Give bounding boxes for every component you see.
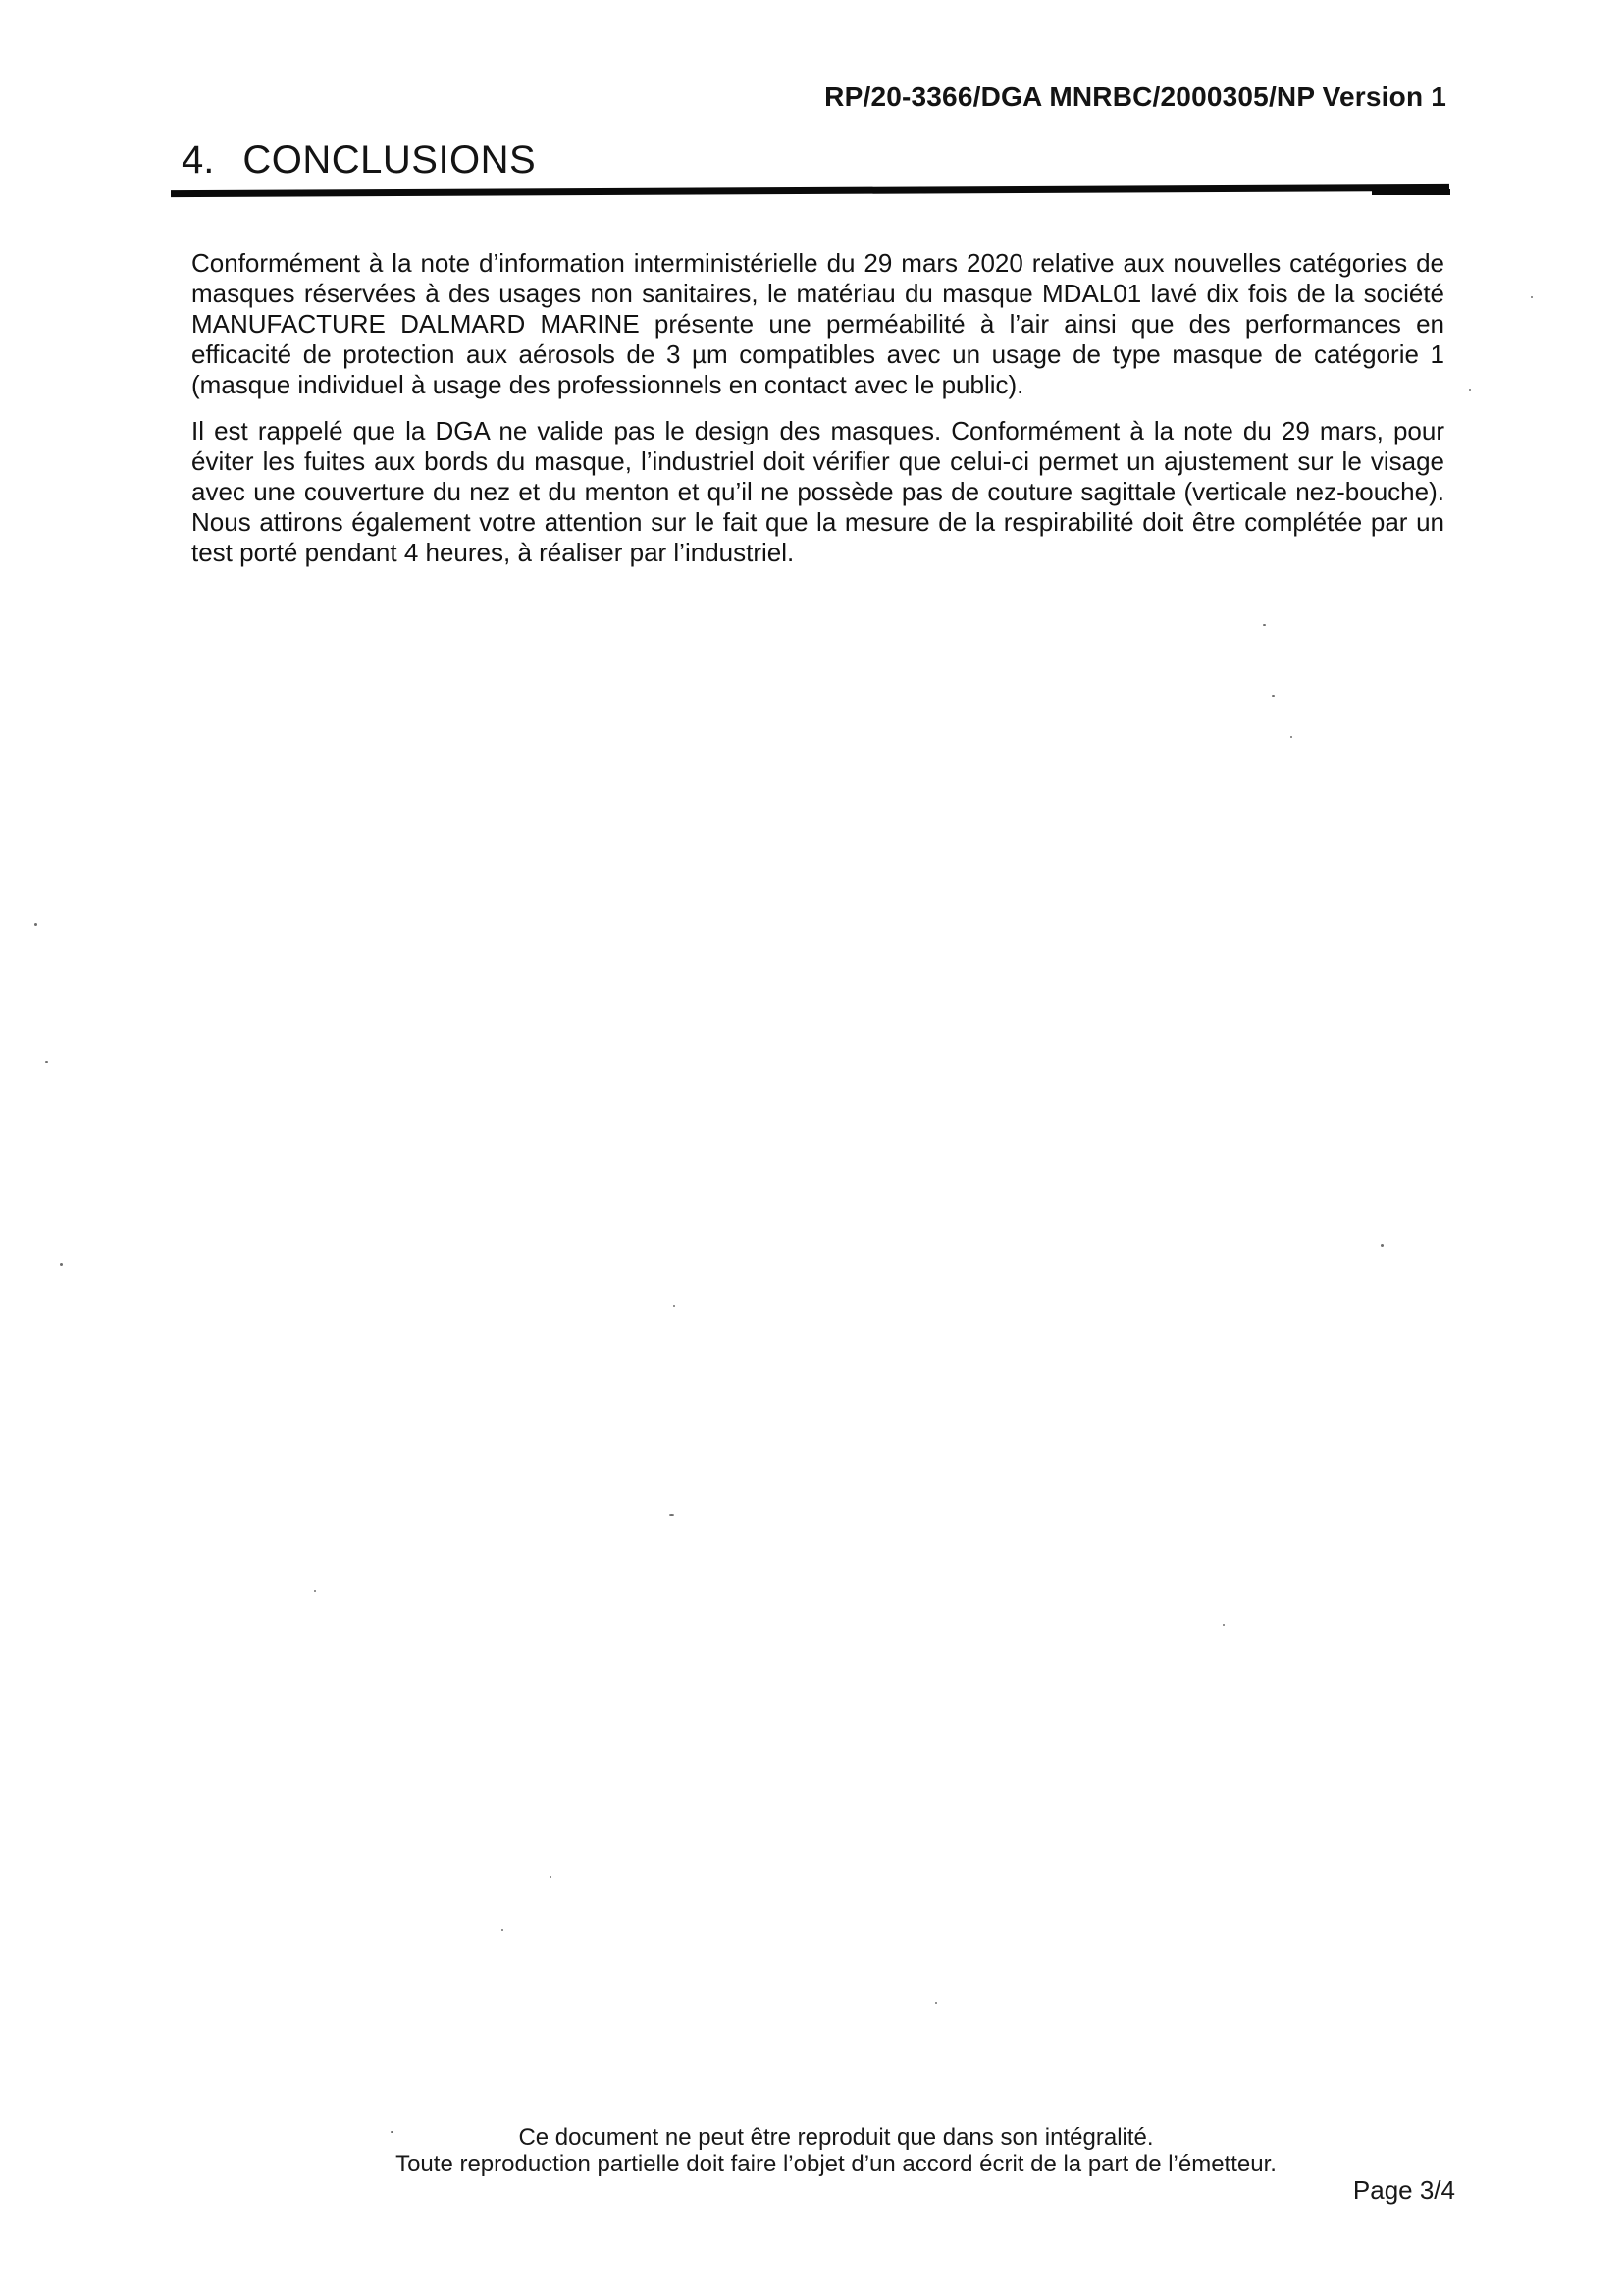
document-page: RP/20-3366/DGA MNRBC/2000305/NP Version … [0,0,1623,2296]
scan-speck [1469,389,1471,391]
scan-speck [501,1929,503,1931]
text-line: Nous attirons également votre attention … [191,507,1444,538]
scan-speck [1290,736,1292,738]
scan-speck [1272,695,1275,697]
text-line: masques réservées à des usages non sanit… [191,279,1444,309]
text-line: éviter les fuites aux bords du masque, l… [191,446,1444,477]
page-number: Page 3/4 [1353,2175,1455,2206]
footer-notice: Ce document ne peut être reproduit que d… [49,2124,1623,2177]
section-number: 4. [182,138,214,182]
scan-speck [34,923,37,926]
text-line: (masque individuel à usage des professio… [191,370,1444,400]
heading-rule [171,184,1449,197]
body-text: Conformément à la note d’information int… [191,248,1444,584]
section-heading: 4. CONCLUSIONS [182,138,536,182]
scan-speck [669,1514,674,1516]
scan-speck [673,1305,675,1307]
text-line: Conformément à la note d’information int… [191,248,1444,279]
scan-speck [550,1876,551,1878]
scan-speck [1263,624,1266,626]
heading-rule-end [1372,189,1450,195]
scan-speck [1531,296,1533,298]
scan-speck [1381,1244,1384,1247]
text-line: Il est rappelé que la DGA ne valide pas … [191,416,1444,446]
text-line: test porté pendant 4 heures, à réaliser … [191,538,1444,568]
scan-speck [1223,1624,1225,1626]
text-line: avec une couverture du nez et du menton … [191,477,1444,507]
scan-speck [60,1263,63,1266]
paragraph-conclusion-2: Il est rappelé que la DGA ne valide pas … [191,416,1444,568]
footer-reproduction-line: Toute reproduction partielle doit faire … [49,2151,1623,2177]
document-reference: RP/20-3366/DGA MNRBC/2000305/NP Version … [824,81,1446,113]
paragraph-conclusion-1: Conformément à la note d’information int… [191,248,1444,400]
scan-speck [45,1061,48,1063]
scan-speck [314,1590,316,1592]
text-line: efficacité de protection aux aérosols de… [191,339,1444,370]
footer-integrity-line: Ce document ne peut être reproduit que d… [49,2124,1623,2151]
section-title: CONCLUSIONS [242,138,536,182]
text-line: MANUFACTURE DALMARD MARINE présente une … [191,309,1444,339]
scan-speck [935,2002,937,2004]
